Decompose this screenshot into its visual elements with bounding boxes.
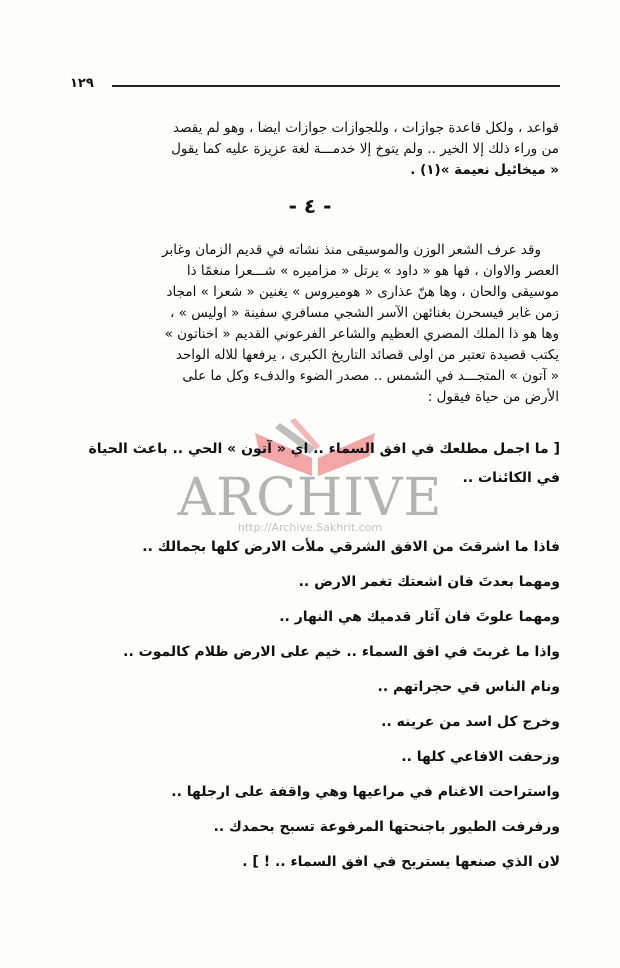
poem-block: [ ما اجمل مطلعك في افق السماء .. اي « آت… — [74, 433, 560, 491]
poem-line: فاذا ما اشرقتَ من الافق الشرقي ملأت الار… — [100, 530, 560, 565]
poem-line: لان الذي صنعها يستريح في افق السماء .. !… — [100, 845, 560, 880]
text-line: زمن غابر فيسحرن بغنائهن الآسر الشجي مساف… — [84, 303, 559, 324]
document-page: ١٢٩ قواعد ، ولكل قاعدة جوازات ، وللجوازا… — [0, 0, 620, 968]
body-paragraph: وقد عرف الشعر الوزن والموسيقى منذ نشاته … — [84, 240, 559, 408]
poem-line: وخرج كل اسد من عرينه .. — [100, 705, 560, 740]
page-header: ١٢٩ — [70, 76, 560, 96]
page-number: ١٢٩ — [70, 76, 94, 91]
text-line: الأرض من حياة فيقول : — [84, 387, 559, 408]
text-line: وها هو ذا الملك المصري العظيم والشاعر ال… — [84, 324, 559, 345]
poem-line: ورفرفت الطيور باجنحتها المرفوعة تسبح بحم… — [100, 810, 560, 845]
poem-line: [ ما اجمل مطلعك في افق السماء .. اي « آت… — [74, 433, 560, 465]
poem-line: ونام الناس في حجراتهم .. — [100, 670, 560, 705]
text-line: العصر والاوان ، فها هو « داود » يرتل « م… — [84, 261, 559, 282]
poem-line: وزحفت الافاعي كلها .. — [100, 740, 560, 775]
text-line: قواعد ، ولكل قاعدة جوازات ، وللجوازات جو… — [84, 118, 559, 139]
section-number: - ٤ - — [0, 194, 620, 218]
text-line: موسيقى والحان ، وها هنّ عذارى « هوميروس … — [84, 282, 559, 303]
poem-line: ومهما بعدتَ فان اشعتك تغمر الارض .. — [100, 565, 560, 600]
intro-paragraph: قواعد ، ولكل قاعدة جوازات ، وللجوازات جو… — [84, 118, 559, 181]
poem-line: واذا ما غربتَ في افق السماء .. خيم على ا… — [100, 635, 560, 670]
poem-line: في الكائنات .. — [74, 465, 560, 491]
text-line: يكتب قصيدة تعتبر من اولى قصائد التاريخ ا… — [84, 345, 559, 366]
quote-attribution: « ميخائيل نعيمة »(١) . — [84, 160, 559, 181]
header-rule — [112, 85, 560, 87]
text-line: من وراء ذلك إلا الخير .. ولم يتوخ إلا خد… — [84, 139, 559, 160]
poem-line: ومهما علوتَ فان آثار قدميك هي النهار .. — [100, 600, 560, 635]
poem-line: واستراحت الاغنام في مراعيها وهي واقفة عل… — [100, 775, 560, 810]
text-line: وقد عرف الشعر الوزن والموسيقى منذ نشاته … — [84, 240, 559, 261]
poem-stanza: فاذا ما اشرقتَ من الافق الشرقي ملأت الار… — [100, 530, 560, 880]
text-line: « آتون » المتجـــد في الشمس .. مصدر الضو… — [84, 366, 559, 387]
